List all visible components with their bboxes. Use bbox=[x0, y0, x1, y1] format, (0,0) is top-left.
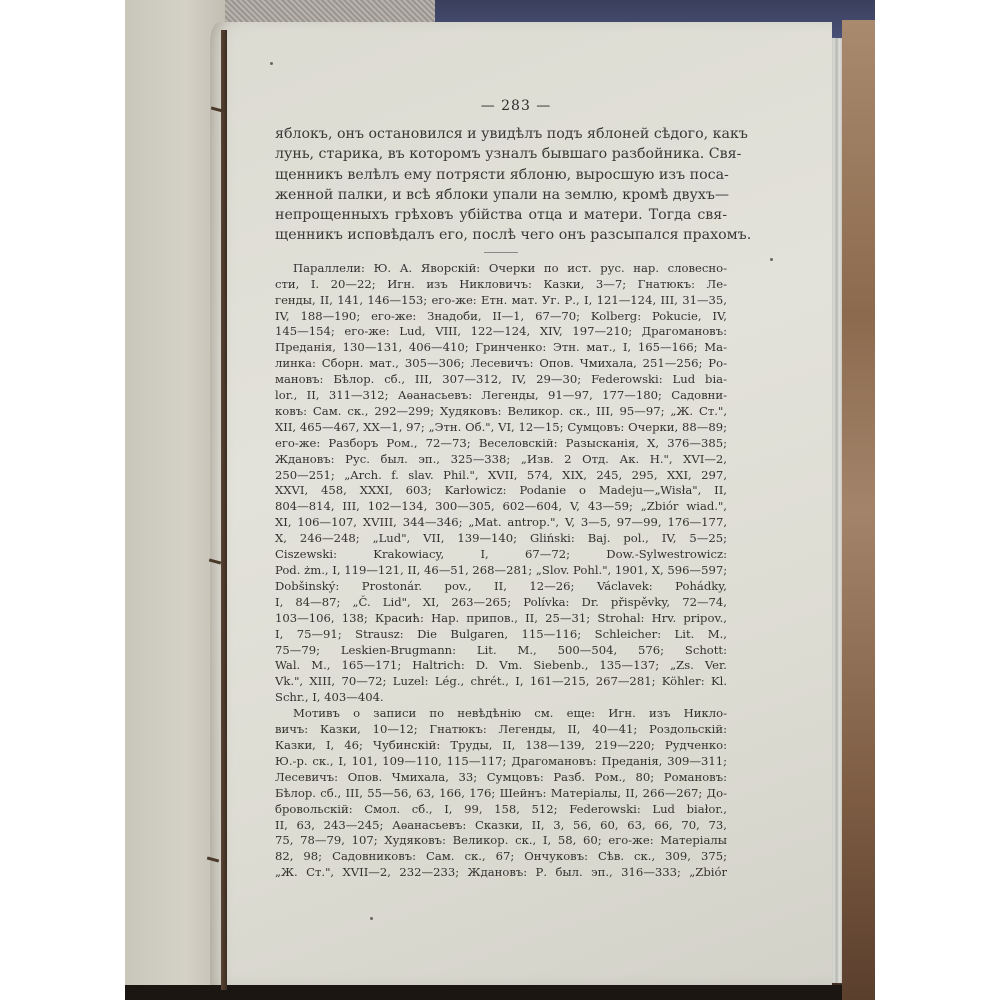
text-line: Бѣлор. сб., III, 55—56, 63, 166, 176; Ше… bbox=[275, 786, 727, 802]
text-line: 250—251; „Arch. f. slav. Phil.", XVII, 5… bbox=[275, 468, 727, 484]
text-line: 804—814, III, 102—134, 300—305, 602—604,… bbox=[275, 499, 727, 515]
text-line: Параллели: Ю. А. Яворскій: Очерки по ист… bbox=[275, 261, 727, 277]
text-line: Schr., I, 403—404. bbox=[275, 690, 727, 706]
text-line: Ciszewski: Krakowiacy, I, 67—72; Dow.-Sy… bbox=[275, 547, 727, 563]
text-line: 145—154; его-же: Lud, VIII, 122—124, XIV… bbox=[275, 324, 727, 340]
text-line: Dobšinský: Prostonár. pov., II, 12—26; V… bbox=[275, 579, 727, 595]
text-line: бровольскій: Смол. сб., I, 99, 158, 512;… bbox=[275, 802, 727, 818]
paper-speck bbox=[370, 917, 373, 920]
text-line: Преданія, 130—131, 406—410; Гринченко: Э… bbox=[275, 340, 727, 356]
text-line: лунь, старика, въ которомъ узналъ бывшаг… bbox=[275, 144, 727, 164]
text-line: lor., II, 311—312; Аѳанасьевъ: Легенды, … bbox=[275, 388, 727, 404]
page-shadow bbox=[125, 985, 875, 1000]
text-line: сти, I. 20—22; Игн. изъ Никловичъ: Казки… bbox=[275, 277, 727, 293]
text-line: XII, 465—467, XX—1, 97; „Этн. Об.", VI, … bbox=[275, 420, 727, 436]
text-line: линка: Сборн. мат., 305—306; Лесевичъ: О… bbox=[275, 356, 727, 372]
text-line: Лесевичъ: Опов. Чмихала, 33; Сумцовъ: Ра… bbox=[275, 770, 727, 786]
book-cover-board bbox=[842, 20, 875, 1000]
text-line: Ю.-р. ск., I, 101, 109—110, 115—117; Дра… bbox=[275, 754, 727, 770]
text-line: „Ж. Ст.", XVII—2, 232—233; Ждановъ: Р. б… bbox=[275, 865, 727, 881]
text-line: X, 246—248; „Lud", VII, 139—140; Gliński… bbox=[275, 531, 727, 547]
section-divider bbox=[484, 252, 518, 253]
motif-paragraph: Мотивъ о записи по невѣдѣнію см. еще: Иг… bbox=[275, 706, 727, 881]
text-line: Pod. żm., I, 119—121, II, 46—51, 268—281… bbox=[275, 563, 727, 579]
text-line: I, 75—91; Strausz: Die Bulgaren, 115—116… bbox=[275, 627, 727, 643]
text-line: IV, 188—190; его-же: Знадоби, II—1, 67—7… bbox=[275, 309, 727, 325]
paper-speck bbox=[270, 62, 273, 65]
text-line: женной палки, и всѣ яблоки упали на земл… bbox=[275, 185, 727, 205]
text-line: вичъ: Казки, 10—12; Гнатюкъ: Легенды, II… bbox=[275, 722, 727, 738]
parallels-paragraph: Параллели: Ю. А. Яворскій: Очерки по ист… bbox=[275, 261, 727, 706]
text-line: непрощенныхъ грѣховъ убійства отца и мат… bbox=[275, 205, 727, 225]
page-content: — 283 — яблокъ, онъ остановился и увидѣл… bbox=[275, 98, 727, 881]
text-line: ковъ: Сам. ск., 292—299; Худяковъ: Велик… bbox=[275, 404, 727, 420]
text-line: 75—79; Leskien-Brugmann: Lit. M., 500—50… bbox=[275, 643, 727, 659]
text-line: щенникъ велѣлъ ему потрясти яблоню, выро… bbox=[275, 165, 727, 185]
text-line: XXVI, 458, XXXI, 603; Karłowicz: Podanie… bbox=[275, 483, 727, 499]
text-line: II, 63, 243—245; Аѳанасьевъ: Сказки, II,… bbox=[275, 818, 727, 834]
text-line: Ждановъ: Рус. был. эп., 325—338; „Изв. 2… bbox=[275, 452, 727, 468]
text-line: I, 84—87; „Č. Lid", XI, 263—265; Polívka… bbox=[275, 595, 727, 611]
book-photo: — 283 — яблокъ, онъ остановился и увидѣл… bbox=[125, 0, 875, 1000]
page-number: — 283 — bbox=[275, 98, 727, 114]
story-paragraph: яблокъ, онъ остановился и увидѣлъ подъ я… bbox=[275, 124, 727, 246]
text-line: Wal. M., 165—171; Haltrich: D. Vm. Siebe… bbox=[275, 658, 727, 674]
text-line: мановъ: Бѣлор. сб., III, 307—312, IV, 29… bbox=[275, 372, 727, 388]
text-line: щенникъ исповѣдалъ его, послѣ чего онъ р… bbox=[275, 225, 727, 245]
text-line: яблокъ, онъ остановился и увидѣлъ подъ я… bbox=[275, 124, 727, 144]
right-page: — 283 — яблокъ, онъ остановился и увидѣл… bbox=[210, 22, 832, 985]
text-line: Мотивъ о записи по невѣдѣнію см. еще: Иг… bbox=[275, 706, 727, 722]
text-line: 75, 78—79, 107; Худяковъ: Великор. ск., … bbox=[275, 833, 727, 849]
text-line: его-же: Разборъ Ром., 72—73; Веселовскій… bbox=[275, 436, 727, 452]
paper-speck bbox=[770, 258, 773, 261]
text-line: генды, II, 141, 146—153; его-же: Етн. ма… bbox=[275, 293, 727, 309]
text-line: 103—106, 138; Красић: Нар. припов., II, … bbox=[275, 611, 727, 627]
text-line: 82, 98; Садовниковъ: Сам. ск., 67; Ончук… bbox=[275, 849, 727, 865]
text-line: Vk.", XIII, 70—72; Luzel: Lég., chrét., … bbox=[275, 674, 727, 690]
text-line: Казки, I, 46; Чубинскій: Труды, II, 138—… bbox=[275, 738, 727, 754]
text-line: XI, 106—107, XVIII, 344—346; „Mat. antro… bbox=[275, 515, 727, 531]
book-gutter bbox=[221, 30, 227, 990]
